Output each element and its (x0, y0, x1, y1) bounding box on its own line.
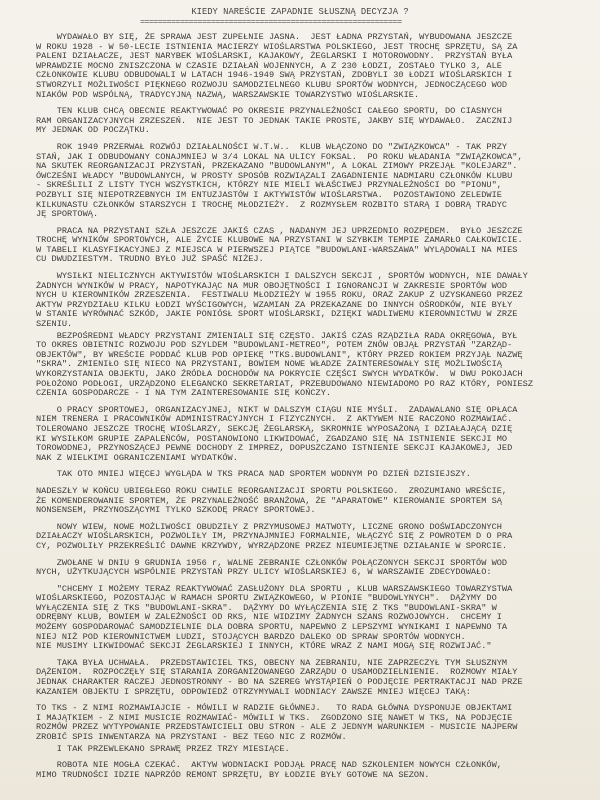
text-line: I TAK PRZEWLEKANO SPRAWĘ PRZEZ TRZY MIES… (36, 745, 576, 755)
text-line: ZROBIĆ SPIS INWENTARZA NA PRZYSTANI - BE… (36, 733, 576, 743)
paragraph: ROBOTA NIE MOGŁA CZEKAĆ. AKTYW WODNIACKI… (36, 761, 576, 780)
typewritten-page: KIEDY NAREŚCIE ZAPADNIE SŁUSZNĄ DECYZJA … (0, 0, 600, 800)
text-line: CY, POZWOLIŁY PRZEKREŚLIĆ DAWNE KRZYWDY,… (36, 542, 576, 552)
text-line: KILKUNASTU CZŁONKÓW STARSZYCH I TROCHĘ M… (36, 201, 576, 211)
paragraph: NOWY WIEW, NOWE MOŻLIWOŚCI OBUDZIŁY Z PR… (36, 523, 576, 552)
text-line: NIAKÓW POD WSPÓLNĄ, TRADYCYJNĄ NAZWĄ, WA… (36, 91, 576, 101)
title-underline-rule: ========================================… (140, 18, 402, 28)
paragraph: TAK OTO MNIEJ WIĘCEJ WYGLĄDA W TKS PRACA… (36, 470, 576, 480)
paragraph: WYSIŁKI NIELICZNYCH AKTYWISTÓW WIOŚLARSK… (36, 272, 576, 330)
text-line: SZENIU. (36, 320, 576, 330)
text-line: NONSENSEM, PRZYNOSZĄCYMI TYLKO SZKODĘ PR… (36, 506, 576, 516)
paragraph: I TAK PRZEWLEKANO SPRAWĘ PRZEZ TRZY MIES… (36, 745, 576, 755)
document-title: KIEDY NAREŚCIE ZAPADNIE SŁUSZNĄ DECYZJA … (0, 8, 600, 18)
paragraph: O PRACY SPORTOWEJ, ORGANIZACYJNEJ, NIKT … (36, 406, 576, 464)
text-line: CU DWUDZIESTYM. TRUDNO BYŁO JUŻ SPAŚĆ NI… (36, 255, 576, 265)
paragraph: ZWOŁANE W DNIU 9 GRUDNIA 1956 r, WALNE Z… (36, 559, 576, 578)
paragraph: BEZPOŚREDNI WŁADCY PRZYSTANI ZMIENIALI S… (36, 332, 576, 399)
paragraph: ROK 1949 PRZERWAŁ ROZWÓJ DZIAŁALNOŚCI W.… (36, 143, 576, 220)
text-line: CZENIA GOSPODARCZE - I NA TYM ZAINTERESO… (36, 389, 576, 399)
text-line: MIMO TRUDNOŚCI IDZIE NAPRZÓD REMONT SPRZ… (36, 771, 576, 781)
paragraph: NADESZŁY W KOŃCU UBIEGŁEGO ROKU CHWILE R… (36, 487, 576, 516)
text-line: NYCH, UŻYTKUJĄCYCH WSPÓLNIE PRZYSTAŃ PRZ… (36, 568, 576, 578)
paragraph: "CHCEMY I MOŻEMY TERAZ REAKTYWOWAĆ ZASŁU… (36, 585, 576, 652)
paragraph: TO TKS - Z NIMI ROZMAWIAJCIE - MÓWILI W … (36, 704, 576, 742)
paragraph: TEN KLUB CHCĄ OBECNIE REAKTYWOWAĆ PO OKR… (36, 107, 576, 136)
text-line: JĘ SPORTOWĄ. (36, 210, 576, 220)
paragraph: TAKA BYŁA UCHWAŁA. PRZEDSTAWICIEL TKS, O… (36, 659, 576, 697)
text-line: TAK OTO MNIEJ WIĘCEJ WYGLĄDA W TKS PRACA… (36, 470, 576, 480)
text-line: NAK Z WIELKIMI OGRANICZENIAMI WYDATKÓW. (36, 454, 576, 464)
text-line: NIE MUSIMY LIKWIDOWAĆ SEKCJI ŻEGLARSKIEJ… (36, 642, 576, 652)
text-line: W STANIE WYRÓWNAĆ SZKÓD, JAKIE PONIÓSŁ S… (36, 310, 576, 320)
document-body: WYDAWAŁO BY SIĘ, ŻE SPRAWA JEST ZUPEŁNIE… (36, 33, 576, 787)
text-line: KAZANIEM OBJEKTU I SPRZĘTU, ODPOWIEDŹ OT… (36, 688, 576, 698)
paragraph: PRACA NA PRZYSTANI SZŁA JESZCZE JAKIŚ CZ… (36, 227, 576, 265)
paragraph: WYDAWAŁO BY SIĘ, ŻE SPRAWA JEST ZUPEŁNIE… (36, 33, 576, 100)
text-line: MY JEDNAK OD POCZĄTKU. (36, 126, 576, 136)
